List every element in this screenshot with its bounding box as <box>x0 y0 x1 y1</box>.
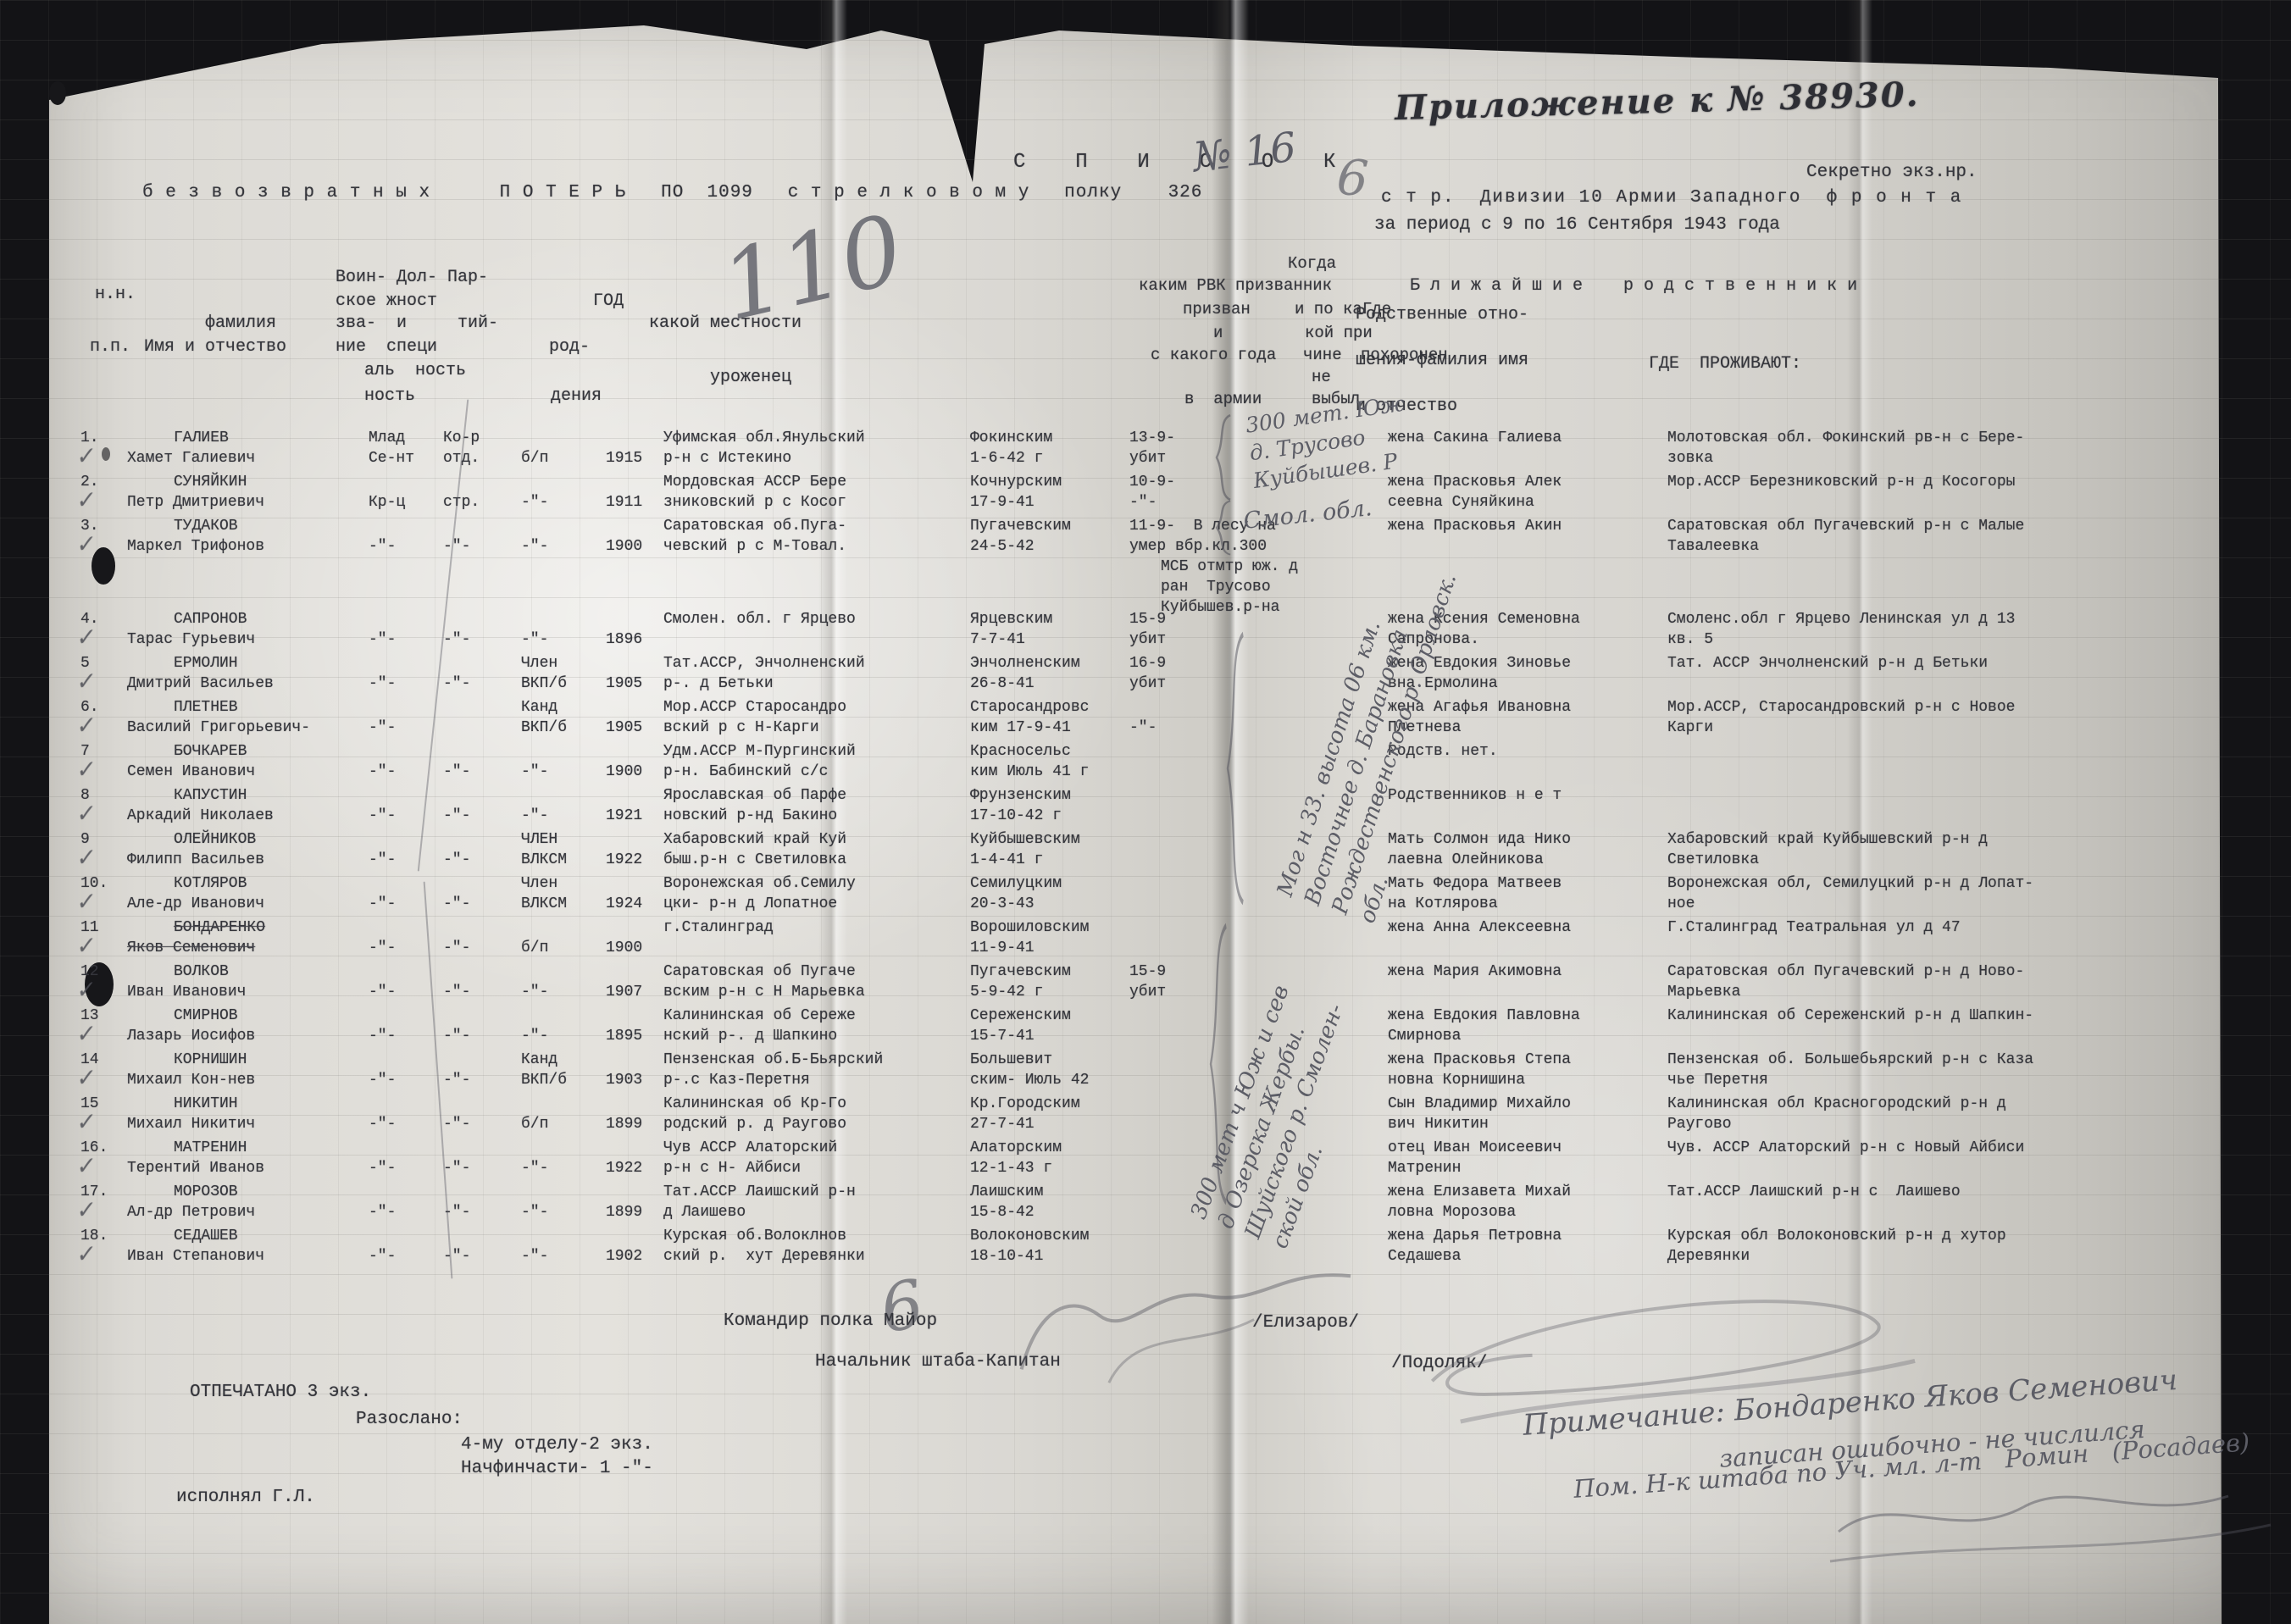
cell-rel: Родственников н е т <box>1388 785 1667 826</box>
cell-addr-line2: Карги <box>1667 718 2108 738</box>
cell-name-line2: Филипп Васильев <box>127 850 369 870</box>
cell-dl: -"- <box>443 829 521 870</box>
pencil-six-top: 6 <box>1335 148 1371 208</box>
cell-dl: Ко-ротд. <box>443 428 521 468</box>
cell-pt-line2: -"- <box>521 806 606 826</box>
column-header-fragment: ГДЕ ПРОЖИВАЮТ: <box>1649 354 1801 374</box>
cell-addr: Калининская об Сереженский р-н д Шапкин- <box>1667 1006 2108 1046</box>
cell-dl-line2: -"- <box>443 938 521 958</box>
cell-zv: МладСе-нт <box>369 428 443 468</box>
cell-num: ✓18. <box>80 1226 127 1246</box>
cell-dl-line1 <box>443 917 521 938</box>
cell-zv-line2: Се-нт <box>369 448 443 468</box>
column-header-fragment: род- <box>549 337 590 357</box>
cell-zv-line1: Млад <box>369 428 443 448</box>
cell-pt-line1 <box>521 516 606 536</box>
cell-mest-line1: Удм.АССР М-Пургинский <box>663 741 970 762</box>
cell-dl-line1 <box>443 472 521 492</box>
cell-rel: жена Мария Акимовна <box>1388 962 1667 1002</box>
cell-god-line1 <box>606 472 663 492</box>
cell-addr: Пензенская об. Большебьярский р-н с Каза… <box>1667 1050 2108 1090</box>
cell-mest-line1: г.Сталинград <box>663 917 970 938</box>
cell-rel: отец Иван МоисеевичМатренин <box>1388 1138 1667 1178</box>
cell-dl <box>443 697 521 738</box>
cell-zv-line2: -"- <box>369 673 443 694</box>
cell-god-line2: 1907 <box>606 982 663 1002</box>
column-header-fragment: п.п. <box>90 337 130 357</box>
cell-mest-line1: Уфимская обл.Янульский <box>663 428 970 448</box>
cell-date-line1 <box>1129 1226 1244 1246</box>
cell-god: 1922 <box>606 1138 663 1178</box>
cell-rvk-line1: Старосандровс <box>970 697 1129 718</box>
cell-pt-line1 <box>521 1182 606 1202</box>
cell-rvk: Фокинским1-6-42 г <box>970 428 1129 468</box>
cell-rvk-line1: Волоконовским <box>970 1226 1129 1246</box>
cell-god: 1903 <box>606 1050 663 1090</box>
table-row: ✓4.САПРОНОВТарас Гурьевич -"- -"- -"- 18… <box>80 609 2233 653</box>
cell-god: 1896 <box>606 609 663 650</box>
printed-copies-line: ОТПЕЧАТАНО 3 экз. <box>190 1383 371 1402</box>
column-header-fragment: Б л и ж а й ш и е р о д с т в е н н и к … <box>1410 276 1857 296</box>
cell-dl: стр. <box>443 472 521 513</box>
cell-addr-line1: Тат. АССР Энчолненский р-н д Бетьки <box>1667 653 2108 673</box>
cell-zv-line2: -"- <box>369 1114 443 1134</box>
cell-rel-line2: Смирнова <box>1388 1026 1667 1046</box>
cell-pt: КандВКП/б <box>521 1050 606 1090</box>
cell-rvk-line2: 24-5-42 <box>970 536 1129 557</box>
column-header-fragment: шения-фамилия имя <box>1356 351 1528 370</box>
cell-god-line1 <box>606 829 663 850</box>
cell-pt: -"- <box>521 962 606 1002</box>
cell-name-line1: ЕРМОЛИН <box>127 653 369 673</box>
cell-name-line1: КОРНИШИН <box>127 1050 369 1070</box>
cell-pt-line1 <box>521 741 606 762</box>
checkmark-icon: ✓ <box>74 534 95 557</box>
cell-dl-line2 <box>443 718 521 738</box>
cell-addr-line2 <box>1667 673 2108 694</box>
brace-icon <box>1210 413 1235 502</box>
table-row: ✓14КОРНИШИНМихаил Кон-нев -"- -"-КандВКП… <box>80 1050 2233 1094</box>
table-row: ✓16.МАТРЕНИНТерентий Иванов -"- -"- -"- … <box>80 1138 2233 1182</box>
cell-zv-line2: -"- <box>369 629 443 650</box>
cell-rvk-line1: Сереженским <box>970 1006 1129 1026</box>
cell-god-line2: 1900 <box>606 536 663 557</box>
cell-pt-line1: ЧЛЕН <box>521 829 606 850</box>
cell-rvk-line1: Пугачевским <box>970 962 1129 982</box>
cell-rvk-line2: 20-3-43 <box>970 894 1129 914</box>
cell-num: ✓11 <box>80 917 127 938</box>
document-scan: Приложение к № 38930. Секретно экз.нр. С… <box>0 0 2291 1624</box>
cell-zv-line2: -"- <box>369 894 443 914</box>
cell-rel-line1: жена Елизавета Михай <box>1388 1182 1667 1202</box>
cell-pt-line2: ВЛКСМ <box>521 894 606 914</box>
column-header-fragment: фамилия <box>205 313 276 333</box>
cell-name-line1: НИКИТИН <box>127 1094 369 1114</box>
cell-addr-line1: Саратовская обл Пугачевский р-н д Ново- <box>1667 962 2108 982</box>
title-period: за период с 9 по 16 Сентября 1943 года <box>1374 215 1780 235</box>
signature-scribble-icon <box>1830 1472 2288 1582</box>
cell-pt-line1 <box>521 1094 606 1114</box>
column-header-fragment: с какого года <box>1151 346 1276 364</box>
column-header-fragment: дения <box>551 386 602 406</box>
cell-rvk-line2: 27-7-41 <box>970 1114 1129 1134</box>
cell-god-line2: 1900 <box>606 938 663 958</box>
cell-rel: жена Дарья ПетровнаСедашева <box>1388 1226 1667 1266</box>
cell-mest-line1: Тат.АССР Лаишский р-н <box>663 1182 970 1202</box>
column-header-fragment: уроженец <box>710 368 791 387</box>
distribution-label: Разослано: <box>356 1410 463 1429</box>
cell-zv-line2: -"- <box>369 850 443 870</box>
cell-rvk-line2: 26-8-41 <box>970 673 1129 694</box>
cell-zv: -"- <box>369 516 443 557</box>
cell-rel-line2: Матренин <box>1388 1158 1667 1178</box>
cell-dl-line2: отд. <box>443 448 521 468</box>
cell-name: САПРОНОВТарас Гурьевич <box>127 609 369 650</box>
cell-rel-line1: жена Анна Алексеевна <box>1388 917 1667 938</box>
cell-name-line2: Михаил Никитич <box>127 1114 369 1134</box>
cell-pt-line2: -"- <box>521 1202 606 1222</box>
cell-rel: жена Анна Алексеевна <box>1388 917 1667 958</box>
column-header-fragment: призван <box>1183 300 1251 319</box>
cell-pt-line2: ВЛКСМ <box>521 850 606 870</box>
cell-pt-line2: ВКП/б <box>521 718 606 738</box>
cell-addr-line1: Молотовская обл. Фокинский рв-н с Бере- <box>1667 428 2108 448</box>
cell-mest: Калининская об Кр-Городский р. д Раугово <box>663 1094 970 1134</box>
checkmark-icon: ✓ <box>74 1067 95 1090</box>
cell-num: ✓16. <box>80 1138 127 1158</box>
column-header-fragment: ское жност <box>336 291 437 311</box>
cell-rvk: Старосандровским 17-9-41 <box>970 697 1129 738</box>
cell-mest-line1: Саратовская об.Пуга- <box>663 516 970 536</box>
cell-rvk-line2: 15-7-41 <box>970 1026 1129 1046</box>
cell-god-line1 <box>606 917 663 938</box>
cell-rvk: Энчолненским26-8-41 <box>970 653 1129 694</box>
cell-pt-line2: б/п <box>521 1114 606 1134</box>
cell-dl-line2: -"- <box>443 850 521 870</box>
cell-name-line1: СУНЯЙКИН <box>127 472 369 492</box>
cell-zv: -"- <box>369 1050 443 1090</box>
cell-mest-line1: Смолен. обл. г Ярцево <box>663 609 970 629</box>
cell-addr-line2: чье Перетня <box>1667 1070 2108 1090</box>
cell-god-line2: 1915 <box>606 448 663 468</box>
cell-mest: Мор.АССР Старосандровский р с Н-Карги <box>663 697 970 738</box>
cell-name-line2: Михаил Кон-нев <box>127 1070 369 1090</box>
cell-pt: -"- <box>521 609 606 650</box>
cell-god-line1 <box>606 1006 663 1026</box>
cell-addr-line1: Пензенская об. Большебьярский р-н с Каза <box>1667 1050 2108 1070</box>
cell-dl-line2: -"- <box>443 1158 521 1178</box>
cell-addr-line2: Тавалеевка <box>1667 536 2108 557</box>
cell-rvk: Лаишским15-8-42 <box>970 1182 1129 1222</box>
cell-addr-line1: Хабаровский край Куйбышевский р-н д <box>1667 829 2108 850</box>
cell-pt: -"- <box>521 472 606 513</box>
cell-zv: -"- <box>369 1226 443 1266</box>
cell-rvk-line2: ским- Июль 42 <box>970 1070 1129 1090</box>
cell-zv-line1 <box>369 917 443 938</box>
cell-mest-line2: зниковский р с Косог <box>663 492 970 513</box>
cell-addr: Чув. АССР Алаторский р-н с Новый Айбиси <box>1667 1138 2108 1178</box>
cell-rel: Мать Федора Матвеевна Котлярова <box>1388 873 1667 914</box>
cell-addr: Мор.АССР, Старосандровский р-н с НовоеКа… <box>1667 697 2108 738</box>
cell-dl-line1 <box>443 873 521 894</box>
cell-zv-line1 <box>369 962 443 982</box>
cell-rvk: Алаторским12-1-43 г <box>970 1138 1129 1178</box>
cell-pt-line2: -"- <box>521 1158 606 1178</box>
cell-name: ТУДАКОВМаркел Трифонов <box>127 516 369 557</box>
cell-rel: жена Прасковья Степановна Корнишина <box>1388 1050 1667 1090</box>
cell-rel-line1: Мать Федора Матвеев <box>1388 873 1667 894</box>
cell-mest: Калининская об Сереженский р-. д Шапкино <box>663 1006 970 1046</box>
cell-name-line2: Хамет Галиевич <box>127 448 369 468</box>
table-row: ✓17.МОРОЗОВАл-др Петрович -"- -"- -"- 18… <box>80 1182 2233 1226</box>
cell-god-line2: 1895 <box>606 1026 663 1046</box>
cell-rvk-line2: 12-1-43 г <box>970 1158 1129 1178</box>
cell-rel-line1: жена Сакина Галиева <box>1388 428 1667 448</box>
cell-rvk-line1: Куйбышевским <box>970 829 1129 850</box>
cell-god: 1921 <box>606 785 663 826</box>
cell-god-line2: 1899 <box>606 1114 663 1134</box>
cell-mest-line1: Мор.АССР Старосандро <box>663 697 970 718</box>
cell-zv: -"- <box>369 829 443 870</box>
cell-zv-line1 <box>369 873 443 894</box>
cell-mest: Тат.АССР Лаишский р-нд Лаишево <box>663 1182 970 1222</box>
cell-rel-line2 <box>1388 982 1667 1002</box>
cell-zv: Кр-ц <box>369 472 443 513</box>
cell-dl-line1 <box>443 1006 521 1026</box>
cell-dl-line1 <box>443 785 521 806</box>
table-row: ✓8КАПУСТИНАркадий Николаев -"- -"- -"- 1… <box>80 785 2233 829</box>
cell-dl-line2: -"- <box>443 1202 521 1222</box>
cell-mest-line1: Калининская об Кр-Го <box>663 1094 970 1114</box>
cell-zv-line1 <box>369 1182 443 1202</box>
cell-rel: жена Прасковья Алексеевна Суняйкина <box>1388 472 1667 513</box>
cell-zv-line2: -"- <box>369 806 443 826</box>
distribution-item-2: Начфинчасти- 1 -"- <box>461 1459 653 1478</box>
cell-pt-line1: Канд <box>521 1050 606 1070</box>
cell-pt-line1 <box>521 1006 606 1026</box>
cell-pt: ЧЛЕНВЛКСМ <box>521 829 606 870</box>
checkmark-icon: ✓ <box>74 759 95 782</box>
cell-name-line1: МОРОЗОВ <box>127 1182 369 1202</box>
cell-mest-line2: р-. д Бетьки <box>663 673 970 694</box>
cell-rvk-line1: Кр.Городским <box>970 1094 1129 1114</box>
cell-name: ОЛЕЙНИКОВФилипп Васильев <box>127 829 369 870</box>
cell-name-line1: БОЧКАРЕВ <box>127 741 369 762</box>
cell-mest-line1: Калининская об Сереже <box>663 1006 970 1026</box>
cell-name-line2: Терентий Иванов <box>127 1158 369 1178</box>
cell-zv-line2: -"- <box>369 1158 443 1178</box>
cell-god-line2: 1903 <box>606 1070 663 1090</box>
cell-rvk: Кр.Городским27-7-41 <box>970 1094 1129 1134</box>
cell-name: СЕДАШЕВИван Степанович <box>127 1226 369 1266</box>
cell-num: ✓12 <box>80 962 127 982</box>
cell-god-line1 <box>606 1226 663 1246</box>
cell-addr <box>1667 785 2108 826</box>
cell-rel: Сын Владимир Михайлович Никитин <box>1388 1094 1667 1134</box>
cell-num: ✓2. <box>80 472 127 492</box>
cell-rel-line2 <box>1388 806 1667 826</box>
cell-mest-line2: д Лаишево <box>663 1202 970 1222</box>
cell-num: ✓1. <box>80 428 127 448</box>
cell-zv-line2: -"- <box>369 1246 443 1266</box>
cell-pt: -"- <box>521 516 606 557</box>
cell-dl: -"- <box>443 785 521 826</box>
cell-pt-line1 <box>521 962 606 982</box>
cell-rvk-line2: 15-8-42 <box>970 1202 1129 1222</box>
cell-addr: Смоленс.обл г Ярцево Ленинская ул д 13кв… <box>1667 609 2108 650</box>
cell-name-line2: Маркел Трифонов <box>127 536 369 557</box>
cell-god: 1900 <box>606 917 663 958</box>
cell-num: ✓17. <box>80 1182 127 1202</box>
cell-pt-line1 <box>521 917 606 938</box>
cell-god: 1899 <box>606 1094 663 1134</box>
cell-num: ✓10. <box>80 873 127 894</box>
cell-god-line1 <box>606 873 663 894</box>
cell-dl-line1: Ко-р <box>443 428 521 448</box>
cell-rvk-line1: Кочнурским <box>970 472 1129 492</box>
column-header-fragment: Когда <box>1288 254 1336 273</box>
cell-god: 1905 <box>606 653 663 694</box>
cell-god: 1905 <box>606 697 663 738</box>
cell-rvk: Семилуцким20-3-43 <box>970 873 1129 914</box>
cell-dl-line2: -"- <box>443 1246 521 1266</box>
cell-zv-line1 <box>369 1094 443 1114</box>
cell-mest-line1: Курская об.Волоклнов <box>663 1226 970 1246</box>
cell-rvk: Сереженским15-7-41 <box>970 1006 1129 1046</box>
cell-rel: жена Евдокия ПавловнаСмирнова <box>1388 1006 1667 1046</box>
cell-dl-line1 <box>443 829 521 850</box>
cell-name-line2: Иван Иванович <box>127 982 369 1002</box>
cell-name-line2: Лазарь Иосифов <box>127 1026 369 1046</box>
checkmark-icon: ✓ <box>74 803 95 826</box>
cell-god: 1900 <box>606 741 663 782</box>
cell-name: КОРНИШИНМихаил Кон-нев <box>127 1050 369 1090</box>
cell-god-line2: 1899 <box>606 1202 663 1222</box>
cell-pt: б/п <box>521 917 606 958</box>
cell-rvk-line1: Ярцевским <box>970 609 1129 629</box>
checkmark-icon: ✓ <box>74 847 95 870</box>
cell-pt: -"- <box>521 1006 606 1046</box>
cell-rvk-line2: 18-10-41 <box>970 1246 1129 1266</box>
cell-addr-line1 <box>1667 741 2108 762</box>
cell-name: ГАЛИЕВХамет Галиевич <box>127 428 369 468</box>
cell-rvk: Красносельским Июль 41 г <box>970 741 1129 782</box>
cell-addr-line1: Калининская об Сереженский р-н д Шапкин- <box>1667 1006 2108 1026</box>
cell-zv: -"- <box>369 1182 443 1222</box>
cell-num: ✓7 <box>80 741 127 762</box>
table-row: ✓10.КОТЛЯРОВАле-др Иванович -"- -"-ЧленВ… <box>80 873 2233 917</box>
cell-dl-line1 <box>443 653 521 673</box>
column-header-fragment: ность <box>364 386 415 406</box>
cell-god: 1924 <box>606 873 663 914</box>
column-header-fragment: и по ка <box>1295 300 1362 319</box>
cell-mest-line2 <box>663 938 970 958</box>
cell-addr: Калининская обл Красногородский р-н дРау… <box>1667 1094 2108 1134</box>
cell-name: МОРОЗОВАл-др Петрович <box>127 1182 369 1222</box>
cell-name: ПЛЕТНЕВВасилий Григорьевич- <box>127 697 369 738</box>
checkmark-icon: ✓ <box>74 979 95 1002</box>
column-header-fragment: Родственные отно- <box>1356 305 1528 324</box>
cell-pt: -"- <box>521 785 606 826</box>
cell-god: 1895 <box>606 1006 663 1046</box>
cell-pt: -"- <box>521 741 606 782</box>
cell-rel-line1: Мать Солмон ида Нико <box>1388 829 1667 850</box>
cell-addr-line2 <box>1667 1202 2108 1222</box>
paper-tear-mark <box>49 81 66 105</box>
cell-pt-line2: -"- <box>521 982 606 1002</box>
cell-dl: -"- <box>443 1226 521 1266</box>
cell-pt-line2: -"- <box>521 536 606 557</box>
cell-name-line2: Тарас Гурьевич <box>127 629 369 650</box>
checkmark-icon: ✓ <box>74 627 95 650</box>
cell-zv-line2: -"- <box>369 1202 443 1222</box>
cell-mest-line1: Чув АССР Алаторский <box>663 1138 970 1158</box>
cell-name: КАПУСТИНАркадий Николаев <box>127 785 369 826</box>
cell-mest-line1: Тат.АССР, Энчолненский <box>663 653 970 673</box>
cell-zv: -"- <box>369 785 443 826</box>
cell-god-line1 <box>606 785 663 806</box>
cell-rvk: Ворошиловским11-9-41 <box>970 917 1129 958</box>
cell-god: 1902 <box>606 1226 663 1266</box>
cell-addr-line1: Саратовская обл Пугачевский р-н с Малые <box>1667 516 2108 536</box>
cell-name-line1: СЕДАШЕВ <box>127 1226 369 1246</box>
cell-addr-line1 <box>1667 785 2108 806</box>
cell-addr-line2: Светиловка <box>1667 850 2108 870</box>
cell-name-line1: БОНДАРЕНКО <box>127 917 369 938</box>
cell-zv-line1 <box>369 829 443 850</box>
cell-zv-line2: -"- <box>369 762 443 782</box>
cell-god-line2: 1924 <box>606 894 663 914</box>
checkmark-icon: ✓ <box>74 891 95 914</box>
cell-rvk: Пугачевским5-9-42 г <box>970 962 1129 1002</box>
cell-dl: -"- <box>443 1050 521 1090</box>
cell-rel: жена Прасковья Акин <box>1388 516 1667 557</box>
checkmark-icon: ✓ <box>74 1200 95 1222</box>
cell-god-line2: 1905 <box>606 718 663 738</box>
table-row: ✓5ЕРМОЛИНДмитрий Васильев -"- -"-ЧленВКП… <box>80 653 2233 697</box>
cell-rel-line1: Родственников н е т <box>1388 785 1667 806</box>
brace-icon <box>1203 920 1232 1208</box>
cell-pt-line2: ВКП/б <box>521 1070 606 1090</box>
cell-name-line2: Аркадий Николаев <box>127 806 369 826</box>
cell-addr-line1: Чув. АССР Алаторский р-н с Новый Айбиси <box>1667 1138 2108 1158</box>
cell-rvk-line1: Фрунзенским <box>970 785 1129 806</box>
cell-rel-line2: лаевна Олейникова <box>1388 850 1667 870</box>
cell-god-line2: 1922 <box>606 1158 663 1178</box>
cell-name-line1: СМИРНОВ <box>127 1006 369 1026</box>
cell-zv-line1 <box>369 516 443 536</box>
cell-dl: -"- <box>443 917 521 958</box>
cell-dl-line1 <box>443 697 521 718</box>
cell-addr: Тат. АССР Энчолненский р-н д Бетьки <box>1667 653 2108 694</box>
cell-addr: Г.Сталинград Театральная ул д 47 <box>1667 917 2108 958</box>
checkmark-icon: ✓ <box>74 1023 95 1046</box>
cell-name-line1: МАТРЕНИН <box>127 1138 369 1158</box>
cell-rel-line1: жена Прасковья Алек <box>1388 472 1667 492</box>
cell-rvk-line2: 1-4-41 г <box>970 850 1129 870</box>
cell-mest-line2 <box>663 629 970 650</box>
cell-addr: Саратовская обл Пугачевский р-н д Ново-М… <box>1667 962 2108 1002</box>
cell-addr-line2 <box>1667 1026 2108 1046</box>
cell-zv-line1 <box>369 1138 443 1158</box>
cell-mest: Удм.АССР М-Пургинскийр-н. Бабинский с/с <box>663 741 970 782</box>
cell-dl-line1 <box>443 609 521 629</box>
cell-rvk-line2: ким 17-9-41 <box>970 718 1129 738</box>
cell-god: 1911 <box>606 472 663 513</box>
cell-date <box>1129 1226 1244 1266</box>
cell-rel-line2: вич Никитин <box>1388 1114 1667 1134</box>
column-header-fragment: зва- и тий- <box>336 313 498 333</box>
